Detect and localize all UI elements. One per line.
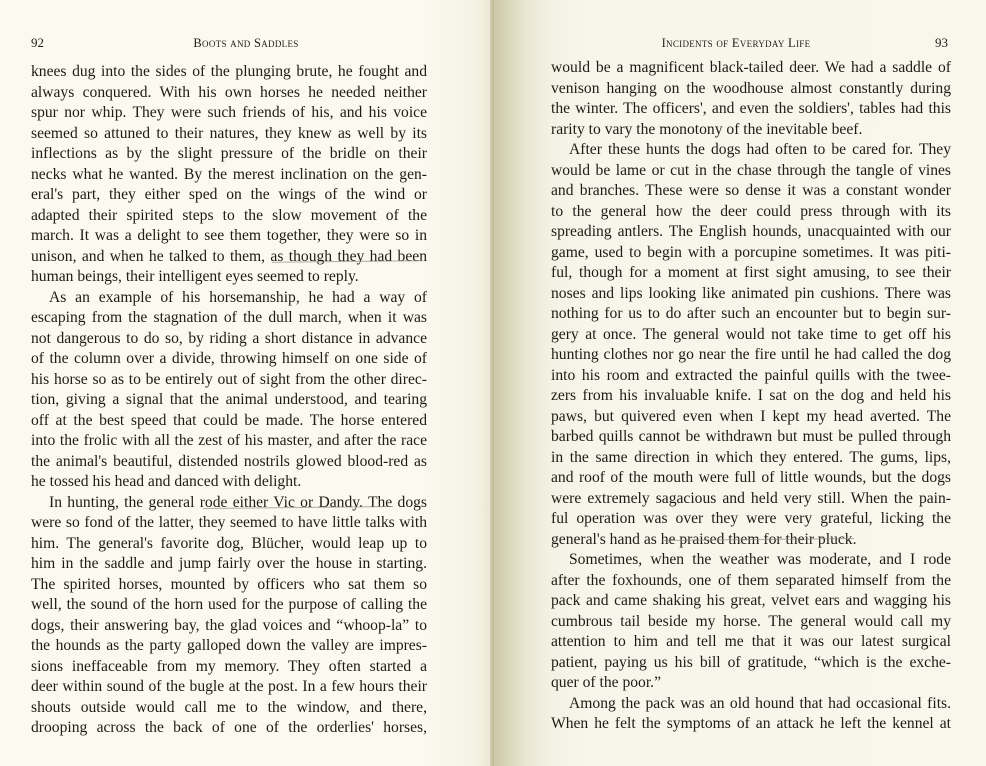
text-line: hunting clothes nor go near the fire unt… (551, 345, 951, 366)
text-line: spur nor whip. They were such friends of… (31, 103, 427, 124)
text-line: of the column over a divide, throwing hi… (31, 349, 427, 370)
book-spread: 92 Boots and Saddles knees dug into the … (0, 0, 986, 766)
text-line: he tossed his head and danced with delig… (31, 472, 427, 493)
text-line: human beings, their intelligent eyes see… (31, 267, 427, 288)
text-line: ful operation was over they were very gr… (551, 509, 951, 530)
text-line: Among the pack was an old hound that had… (551, 694, 951, 715)
text-line: escaping from the stagnation of the dull… (31, 308, 427, 329)
text-line: him. The general's favorite dog, Blücher… (31, 534, 427, 555)
text-line: necks what he wanted. By the merest incl… (31, 165, 427, 186)
text-line: after the foxhounds, one of them separat… (551, 571, 951, 592)
text-line: off at the best speed that could be made… (31, 411, 427, 432)
text-line: into the frolic with all the zest of his… (31, 431, 427, 452)
text-line: venison hanging on the woodhouse almost … (551, 79, 951, 100)
text-line: were extremely sagacious and held very s… (551, 489, 951, 510)
text-line: unison, and when he talked to them, as t… (31, 247, 427, 268)
text-line: tion, giving a signal that the animal un… (31, 390, 427, 411)
text-line: zers from his invaluable knife. I sat on… (551, 386, 951, 407)
running-head-left: Boots and Saddles (0, 36, 492, 51)
text-line: barbed quills cannot be withdrawn but mu… (551, 427, 951, 448)
running-head-right: Incidents of Everyday Life (566, 36, 906, 51)
text-line: When he felt the symptoms of an attack h… (551, 714, 951, 735)
text-line: As an example of his horsemanship, he ha… (31, 288, 427, 309)
text-line: shouts outside would call me to the wind… (31, 698, 427, 719)
text-line: rarity to vary the monotony of the inevi… (551, 120, 951, 141)
text-line: Sometimes, when the weather was moderate… (551, 550, 951, 571)
text-line: dogs, their answering bay, the glad voic… (31, 616, 427, 637)
text-line: After these hunts the dogs had often to … (551, 140, 951, 161)
text-line: would be lame or cut in the chase throug… (551, 161, 951, 182)
text-line: seemed so attuned to their natures, they… (31, 124, 427, 145)
text-line: and branches. These were so dense it was… (551, 181, 951, 202)
text-line: to the general how the deer could press … (551, 202, 951, 223)
text-line: patient, paying us his bill of gratitude… (551, 653, 951, 674)
text-line: game, used to begin with a porcupine som… (551, 243, 951, 264)
text-line: him in the saddle and jump fairly over t… (31, 554, 427, 575)
text-line: in the same direction in which they ente… (551, 448, 951, 469)
text-line: ful, though for a moment at first sight … (551, 263, 951, 284)
text-line: always conquered. With his own horses he… (31, 83, 427, 104)
text-line: inflections as by the slight pressure of… (31, 144, 427, 165)
text-line: were so fond of the latter, they seemed … (31, 513, 427, 534)
text-line: eral's part, they either sped on the win… (31, 185, 427, 206)
book-spine (490, 0, 494, 766)
text-line: deer within sound of the bugle at the po… (31, 677, 427, 698)
left-page-body: knees dug into the sides of the plunging… (31, 62, 427, 739)
text-line: the hounds as the party galloped down th… (31, 636, 427, 657)
text-line: not dangerous to do so, by riding a shor… (31, 329, 427, 350)
text-line: gery at once. The general would not take… (551, 325, 951, 346)
text-line: noses and lips looking like animated pin… (551, 284, 951, 305)
text-line: adapted their spirited steps to the slow… (31, 206, 427, 227)
text-line: sions ineffaceable from my memory. They … (31, 657, 427, 678)
text-line: well, the sound of the horn used for the… (31, 595, 427, 616)
text-line: nothing for us to do after such an encou… (551, 304, 951, 325)
text-line: pack and came shaking his great, velvet … (551, 591, 951, 612)
text-line: the animal's beautiful, distended nostri… (31, 452, 427, 473)
text-line: the winter. The officers', and even the … (551, 99, 951, 120)
text-line: would be a magnificent black-tailed deer… (551, 58, 951, 79)
text-line: quer of the poor.” (551, 673, 951, 694)
text-line: into his room and extracted the painful … (551, 366, 951, 387)
text-line: march. It was a delight to see them toge… (31, 226, 427, 247)
text-line: In hunting, the general rode either Vic … (31, 493, 427, 514)
text-line: attention to him and tell me that it was… (551, 632, 951, 653)
text-line: The spirited horses, mounted by officers… (31, 575, 427, 596)
text-line: and roof of the mouth were full of littl… (551, 468, 951, 489)
text-line: drooping across the back of one of the o… (31, 718, 427, 739)
text-line: spreading antlers. The English hounds, u… (551, 222, 951, 243)
text-line: cumbrous tail beside my horse. The gener… (551, 612, 951, 633)
page-number-right: 93 (935, 35, 948, 51)
text-line: paws, but quivered even when I kept my h… (551, 407, 951, 428)
text-line: his horse so as to be entirely out of si… (31, 370, 427, 391)
right-page: Incidents of Everyday Life 93 would be a… (492, 0, 986, 766)
right-page-body: would be a magnificent black-tailed deer… (551, 58, 951, 735)
left-page: 92 Boots and Saddles knees dug into the … (0, 0, 492, 766)
text-line: knees dug into the sides of the plunging… (31, 62, 427, 83)
